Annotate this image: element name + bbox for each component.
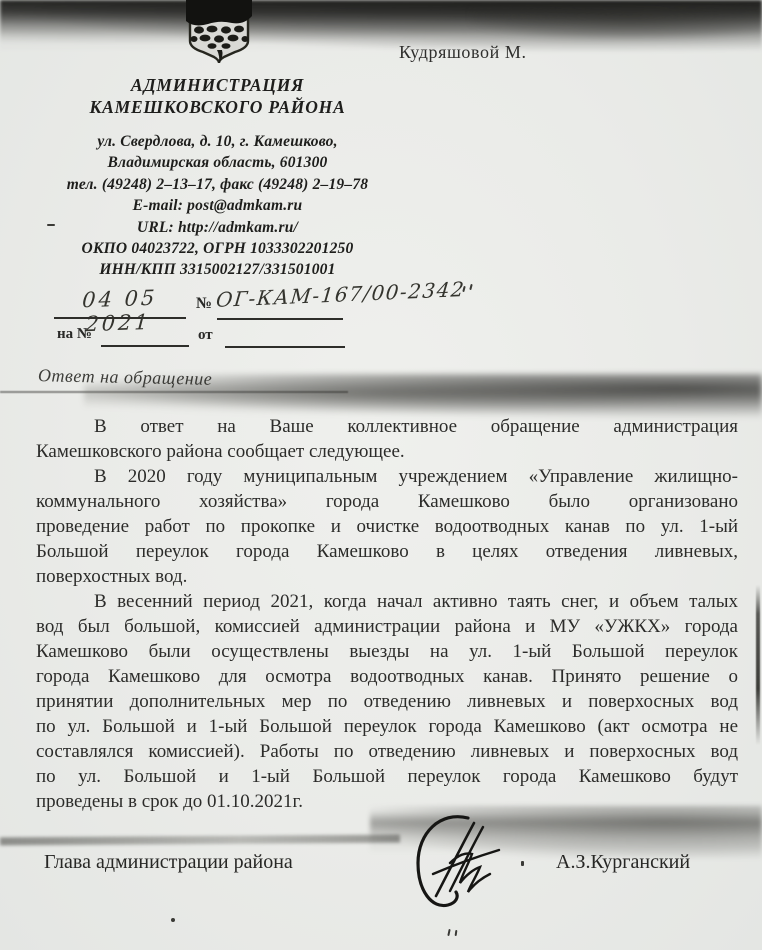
scan-speck — [47, 224, 55, 226]
address-street: ул. Свердлова, д. 10, г. Камешково, — [5, 131, 430, 152]
date-underline — [54, 317, 186, 319]
number-underline — [217, 318, 343, 320]
signer-name: А.З.Курганский — [556, 851, 690, 874]
body-line: по ул. Большой и 1-ый Большой переулок г… — [36, 714, 738, 739]
okpo-ogrn-line: ОКПО 04023722, ОГРН 1033302201250 — [5, 238, 430, 259]
body-line: Камешково были осуществлены выезды на ул… — [36, 639, 738, 664]
body-line: В ответ на Ваше коллективное обращение а… — [36, 414, 738, 439]
body-line: по ул. Большой и 1-ый Большой переулок г… — [36, 764, 738, 789]
inn-kpp-line: ИНН/КПП 3315002127/331501001 — [5, 259, 430, 280]
body-line: В весенний период 2021, когда начал акти… — [36, 589, 738, 614]
body-line: проведение работ по прокопке и очистке в… — [36, 514, 738, 539]
body-line: составлялся комиссией). Работы по отведе… — [36, 739, 738, 764]
scan-speck — [521, 861, 524, 866]
reply-number-blank-line — [101, 345, 189, 347]
scan-crease-signature — [0, 835, 400, 846]
scan-smudge-middle — [84, 374, 762, 418]
org-name-line2: КАМЕШКОВСКОГО РАЙОНА — [5, 96, 430, 118]
scan-speck — [171, 918, 175, 922]
body-line: принятии дополнительных мер по отведению… — [36, 689, 738, 714]
paragraph-3: В весенний период 2021, когда начал акти… — [36, 589, 738, 814]
signer-title: Глава администрации района — [44, 851, 293, 874]
number-sign: № — [196, 295, 212, 313]
org-name-line1: АДМИНИСТРАЦИЯ — [5, 74, 430, 96]
email-line: E-mail: post@admkam.ru — [5, 195, 430, 216]
scan-speck — [447, 929, 450, 936]
paragraph-1: В ответ на Ваше коллективное обращение а… — [36, 414, 738, 464]
body-line: города Камешково для осмотра водоотводны… — [36, 664, 738, 689]
reply-to-label: на № — [57, 326, 92, 343]
url-line: URL: http://admkam.ru/ — [5, 217, 430, 238]
phone-fax-line: тел. (49248) 2–13–17, факс (49248) 2–19–… — [5, 174, 430, 195]
recipient-name: Кудряшовой М. — [399, 42, 527, 63]
signature-icon — [406, 811, 514, 913]
letterhead: АДМИНИСТРАЦИЯ КАМЕШКОВСКОГО РАЙОНА ул. С… — [5, 74, 430, 281]
scan-smudge-top-right — [470, 6, 762, 40]
from-date-label: от — [198, 327, 213, 344]
scanned-letter-page: Кудряшовой М. АДМИНИСТРАЦИЯ КАМЕШКОВСКОГ… — [0, 0, 762, 950]
body-line: коммунального хозяйства» города Камешков… — [36, 489, 738, 514]
scan-speck — [455, 930, 458, 936]
coat-of-arms-icon — [183, 0, 255, 64]
body-line: Большой переулок города Камешково в целя… — [36, 539, 738, 564]
handwritten-outgoing-number: ОГ-КАМ-167/00-2342 — [215, 276, 487, 312]
body-line: Камешковского района сообщает следующее. — [36, 439, 738, 464]
address-region: Владимирская область, 601300 — [5, 152, 430, 173]
body-line: поверхостных вод. — [36, 564, 738, 589]
body-line: вод был большой, комиссией администрации… — [36, 614, 738, 639]
body-line: В 2020 году муниципальным учреждением «У… — [36, 464, 738, 489]
paragraph-2: В 2020 году муниципальным учреждением «У… — [36, 464, 738, 589]
from-date-blank-line — [225, 346, 345, 348]
paper-edge-shadow — [756, 585, 760, 745]
letterhead-address: ул. Свердлова, д. 10, г. Камешково, Влад… — [5, 131, 430, 281]
